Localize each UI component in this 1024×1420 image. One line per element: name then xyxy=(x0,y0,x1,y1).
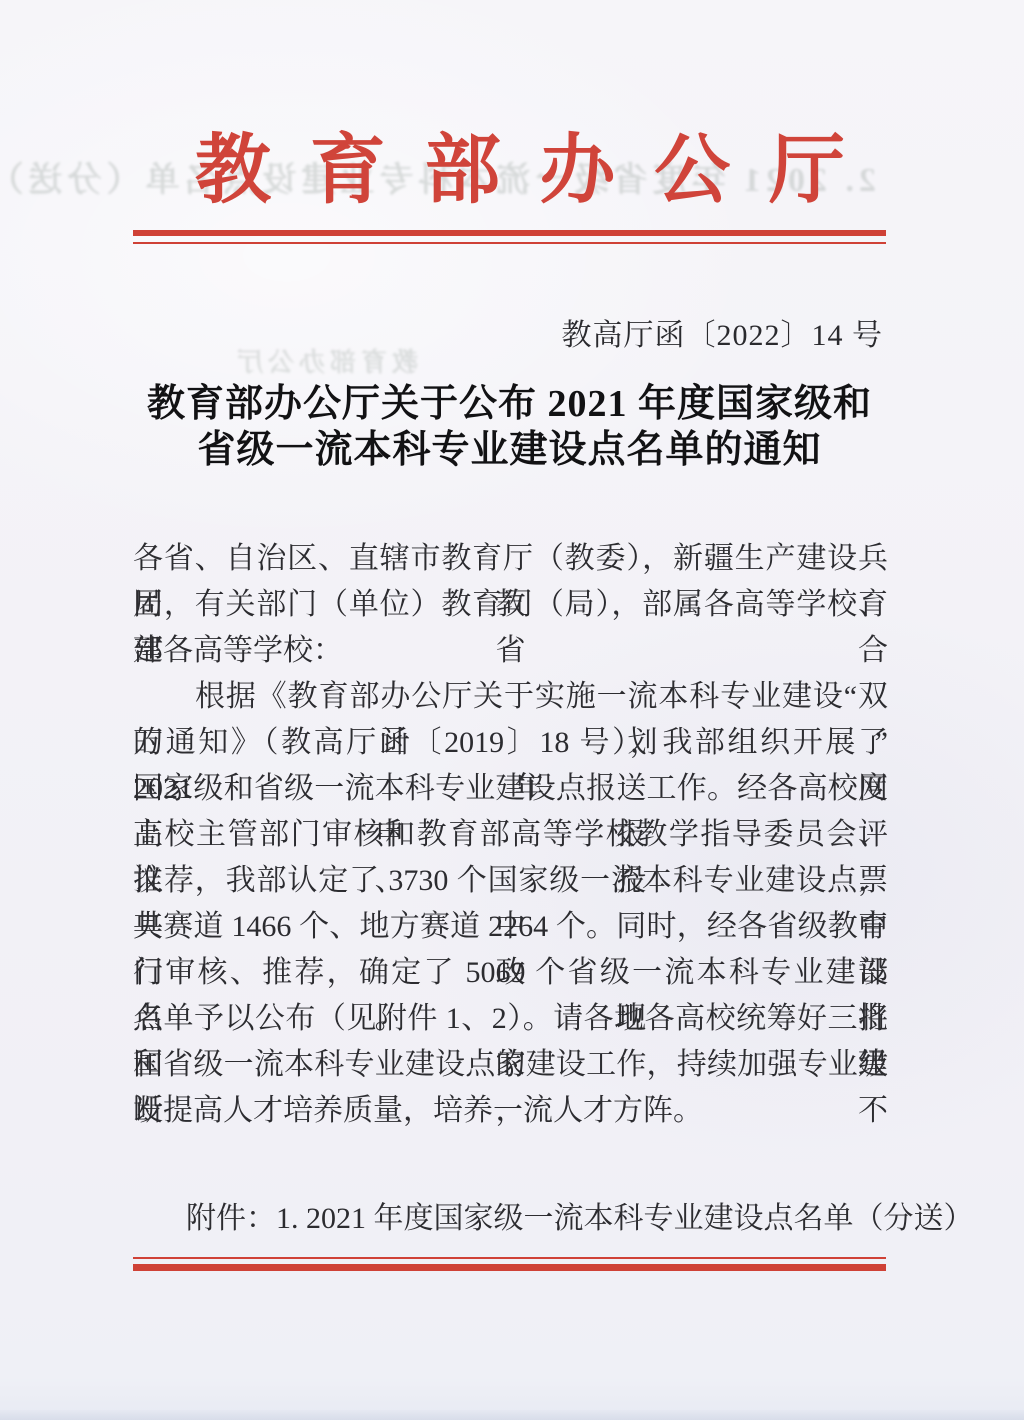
footer-rule-thin xyxy=(133,1257,886,1259)
agency-header-char: 厅 xyxy=(769,133,845,209)
agency-header: 教 育 部 办 公 厅 xyxy=(195,128,845,214)
agency-header-char: 办 xyxy=(539,133,615,209)
agency-header-char: 教 xyxy=(195,133,271,209)
footer-rule-thick xyxy=(133,1264,886,1271)
doc-title: 教育部办公厅关于公布 2021 年度国家级和 省级一流本科专业建设点名单的通知 xyxy=(123,381,896,473)
body-line: 央赛道 1466 个、地方赛道 2264 个。同时，经各省级教育行政部 xyxy=(133,904,888,950)
body-text: 各省、自治区、直辖市教育厅（教委），新疆生产建设兵团教育 局，有关部门（单位）教… xyxy=(133,536,888,1134)
body-line: 门审核、推荐，确定了 5069 个省级一流本科专业建设点。现将 xyxy=(133,950,888,996)
body-line: 国家级和省级一流本科专业建设点报送工作。经各高校网上申报、 xyxy=(133,766,888,812)
body-line: 名单予以公布（见附件 1、2）。请各地各高校统筹好三批国家级 xyxy=(133,996,888,1042)
body-line: 根据《教育部办公厅关于实施一流本科专业建设“双万计划” xyxy=(133,674,888,720)
scan-edge-shadow xyxy=(0,1410,1024,1420)
body-line: 和省级一流本科专业建设点的建设工作，持续加强专业建设，不 xyxy=(133,1042,888,1088)
doc-number: 教高厅函〔2022〕14 号 xyxy=(133,310,883,354)
header-rule-thin xyxy=(133,242,886,244)
body-line: 的通知》（教高厅函〔2019〕18 号），我部组织开展了 2021 年度 xyxy=(133,720,888,766)
agency-header-char: 部 xyxy=(425,133,501,209)
body-line: 局，有关部门（单位）教育司（局），部属各高等学校、部省合 xyxy=(133,582,888,628)
header-rule-thick xyxy=(133,230,886,236)
agency-header-char: 育 xyxy=(310,133,386,209)
attachment-line: 附件：1. 2021 年度国家级一流本科专业建设点名单（分送） xyxy=(186,1193,974,1237)
doc-title-line-2: 省级一流本科专业建设点名单的通知 xyxy=(123,427,896,473)
body-line: 各省、自治区、直辖市教育厅（教委），新疆生产建设兵团教育 xyxy=(133,536,888,582)
doc-title-line-1: 教育部办公厅关于公布 2021 年度国家级和 xyxy=(123,381,896,427)
document-page: 2. 2021 年度省级一流本科专业建设点名单（分送） 教育部办公厅 教 育 部… xyxy=(0,0,1024,1420)
body-line: 高校主管部门审核和教育部高等学校教学指导委员会评议、投票 xyxy=(133,812,888,858)
agency-header-char: 公 xyxy=(654,133,730,209)
body-line: 推荐，我部认定了 3730 个国家级一流本科专业建设点，其中中 xyxy=(133,858,888,904)
